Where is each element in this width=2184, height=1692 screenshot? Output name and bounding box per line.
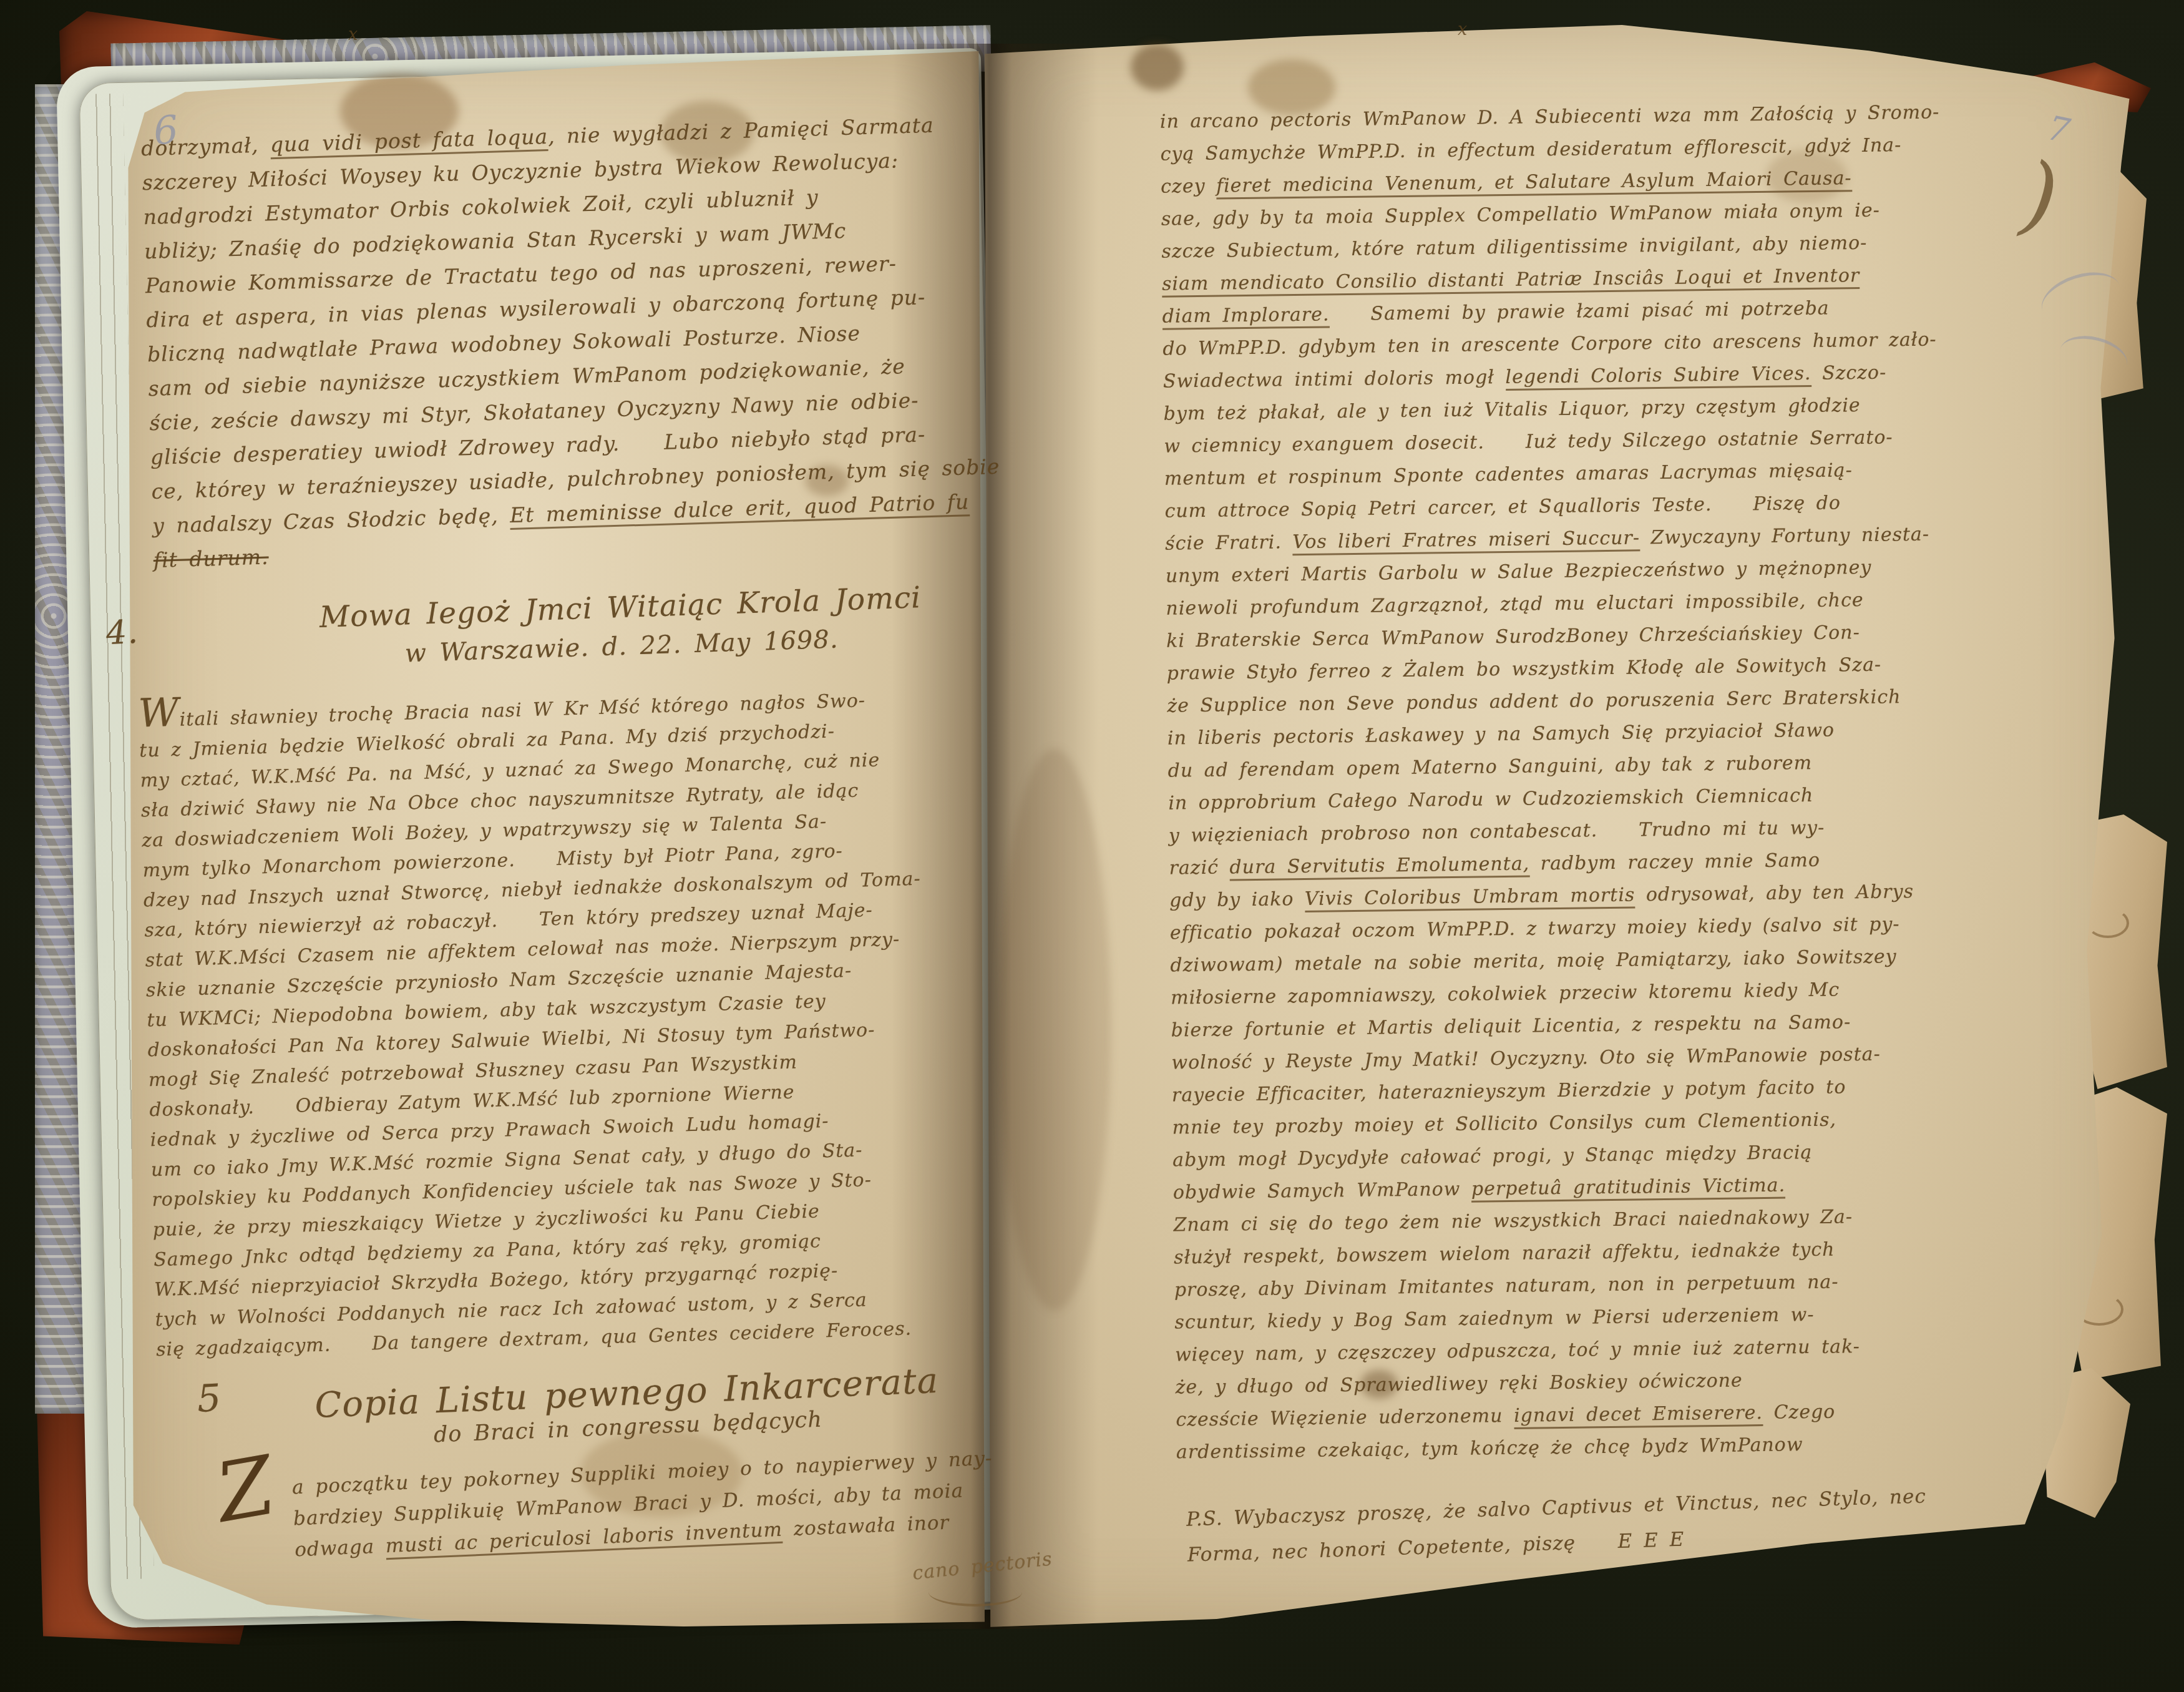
right-page-letter-body: in arcano pectoris WmPanow D. A Subiecen… bbox=[1160, 101, 1956, 1474]
quire-mark-left: x bbox=[348, 25, 358, 44]
quire-mark-right: x bbox=[1458, 20, 1467, 39]
margin-item-number-4: 4. bbox=[105, 614, 139, 653]
left-page-paragraph-end-of-speech: dotrzymał, qua vidi post fata loqua, nie… bbox=[141, 111, 1003, 582]
photo-background: 6 7 x x ) dotrzymał, qua vidi post fata … bbox=[0, 0, 2184, 1692]
ink-scribble-on-stub bbox=[2087, 908, 2129, 938]
margin-item-number-5: 5 bbox=[196, 1376, 223, 1421]
catchword-flourish bbox=[929, 1578, 1022, 1606]
pencil-folio-number-left: 6 bbox=[152, 106, 180, 154]
left-page-speech-paragraph: Witali sławniey trochę Bracia nasi W Kr … bbox=[139, 688, 934, 1369]
